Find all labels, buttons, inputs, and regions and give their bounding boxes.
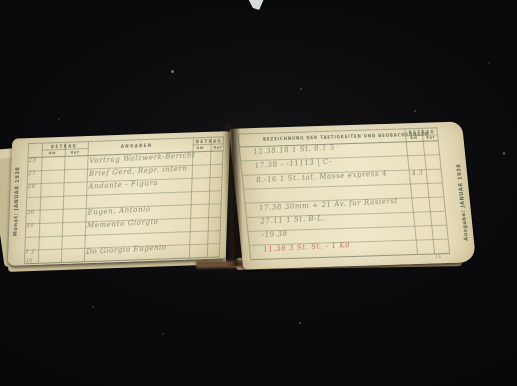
handwritten-date: 27 — [28, 171, 36, 177]
column-header: BETRAG — [196, 138, 223, 144]
handwritten-date: 25 — [28, 158, 36, 164]
book-gutter-shadow — [222, 124, 244, 266]
handwritten-entry: 27.11 1 St. B-L. — [260, 214, 326, 225]
left-page: Monat: JANUAR 1938 BETRAG RM Rpf ANGABEN… — [8, 131, 230, 266]
dust-speck — [171, 70, 174, 73]
dust-speck — [92, 306, 94, 308]
column-header: BETRAG — [51, 143, 78, 149]
dust-speck — [300, 88, 302, 90]
dust-speck — [58, 118, 60, 120]
handwritten-entry: 11.38 3 St. St. - 1 Kd — [263, 241, 351, 254]
dust-speck — [503, 152, 505, 155]
handwritten-date: 31 — [26, 223, 34, 229]
handwritten-date: 1 J — [25, 249, 34, 256]
photo-scene: Monat: JANUAR 1938 BETRAG RM Rpf ANGABEN… — [0, 0, 517, 386]
dust-speck — [162, 333, 164, 335]
dust-speck — [414, 110, 416, 112]
handwritten-entry: Memento Giorgio — [87, 218, 158, 230]
handwritten-entry: 17.38 - -11113 | C- — [254, 158, 332, 170]
handwritten-entry: Andante - Figura — [88, 179, 158, 191]
dust-speck — [488, 62, 490, 64]
handwritten-date: 30 — [27, 210, 35, 216]
handwritten-amount: 4.3 — [412, 170, 424, 178]
right-margin-text: Ausgabe: JANUAR 1938 — [456, 164, 470, 241]
handwritten-entry: Eugen, Antonio — [88, 205, 151, 217]
white-tag — [243, 0, 269, 10]
handwritten-entry: 8.-16 1 St. tat. Masse express 4 — [256, 170, 388, 185]
column-header: ANGABEN — [121, 143, 153, 149]
page-number: 11 — [435, 253, 442, 259]
handwritten-entry: Brief Gerd, Repr. intern — [89, 165, 188, 179]
left-margin-text: Monat: JANUAR 1938 — [13, 166, 21, 236]
right-page: Ausgabe: JANUAR 1938 BEZEICHNUNG DER TAE… — [229, 122, 476, 270]
handwritten-entry: 12.38.18 1 St. 8.1 5 — [253, 144, 336, 156]
dust-speck — [299, 322, 301, 324]
page-number: 10 — [26, 258, 33, 264]
handwritten-entry: -19.38 — [261, 230, 288, 239]
handwritten-entry: 17.38 30mm + 21 Av. fur Rasierst — [259, 197, 399, 212]
column-header: BETRAG — [409, 129, 436, 135]
handwritten-date: 28 — [28, 184, 36, 190]
